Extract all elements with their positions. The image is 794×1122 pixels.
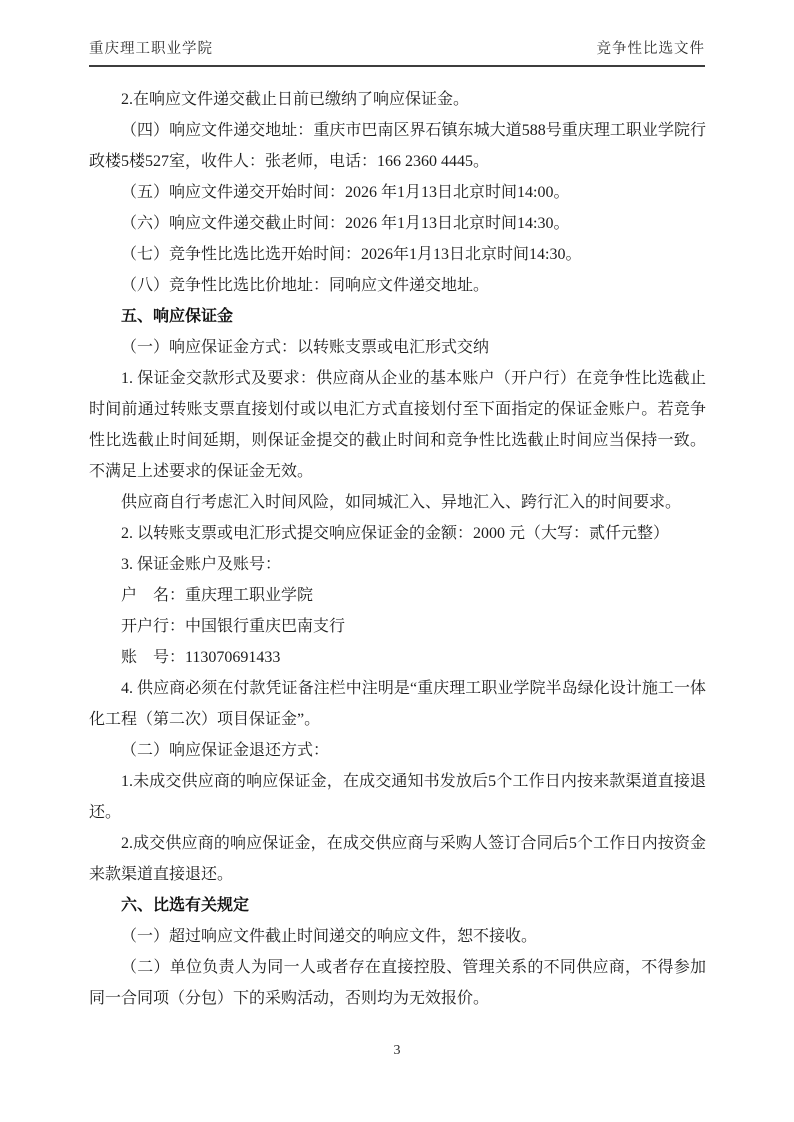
paragraph: 3. 保证金账户及账号： [89, 549, 706, 580]
paragraph: 账 号：113070691433 [89, 642, 706, 673]
paragraph: （一）响应保证金方式：以转账支票或电汇形式交纳 [89, 332, 706, 363]
paragraph: 户 名：重庆理工职业学院 [89, 580, 706, 611]
paragraph: 1.未成交供应商的响应保证金，在成交通知书发放后5个工作日内按来款渠道直接退还。 [89, 766, 706, 828]
paragraph: （七）竞争性比选比选开始时间：2026年1月13日北京时间14:30。 [89, 239, 706, 270]
paragraph: （六）响应文件递交截止时间：2026 年1月13日北京时间14:30。 [89, 208, 706, 239]
paragraph: 供应商自行考虑汇入时间风险，如同城汇入、异地汇入、跨行汇入的时间要求。 [89, 487, 706, 518]
page-number: 3 [394, 1043, 401, 1058]
paragraph: （二）单位负责人为同一人或者存在直接控股、管理关系的不同供应商，不得参加同一合同… [89, 952, 706, 1014]
header-left-title: 重庆理工职业学院 [89, 37, 213, 58]
paragraph: 2.在响应文件递交截止日前已缴纳了响应保证金。 [89, 84, 706, 115]
paragraph: 2. 以转账支票或电汇形式提交响应保证金的金额：2000 元（大写：贰仟元整） [89, 518, 706, 549]
paragraph: （一）超过响应文件截止时间递交的响应文件，恕不接收。 [89, 921, 706, 952]
document-body: 2.在响应文件递交截止日前已缴纳了响应保证金。（四）响应文件递交地址：重庆市巴南… [89, 84, 706, 1014]
paragraph: （四）响应文件递交地址：重庆市巴南区界石镇东城大道588号重庆理工职业学院行政楼… [89, 115, 706, 177]
page-footer: 3 [0, 1043, 794, 1059]
section-heading: 六、比选有关规定 [89, 890, 706, 921]
paragraph: 4. 供应商必须在付款凭证备注栏中注明是“重庆理工职业学院半岛绿化设计施工一体化… [89, 673, 706, 735]
paragraph: 1. 保证金交款形式及要求：供应商从企业的基本账户（开户行）在竞争性比选截止时间… [89, 363, 706, 487]
paragraph: （五）响应文件递交开始时间：2026 年1月13日北京时间14:00。 [89, 177, 706, 208]
paragraph: （二）响应保证金退还方式： [89, 735, 706, 766]
section-heading: 五、响应保证金 [89, 301, 706, 332]
document-page: 重庆理工职业学院 竞争性比选文件 2.在响应文件递交截止日前已缴纳了响应保证金。… [0, 0, 794, 1122]
paragraph: 开户行：中国银行重庆巴南支行 [89, 611, 706, 642]
paragraph: 2.成交供应商的响应保证金，在成交供应商与采购人签订合同后5个工作日内按资金来款… [89, 828, 706, 890]
paragraph: （八）竞争性比选比价地址：同响应文件递交地址。 [89, 270, 706, 301]
page-header: 重庆理工职业学院 竞争性比选文件 [89, 37, 705, 67]
header-right-title: 竞争性比选文件 [597, 37, 706, 58]
